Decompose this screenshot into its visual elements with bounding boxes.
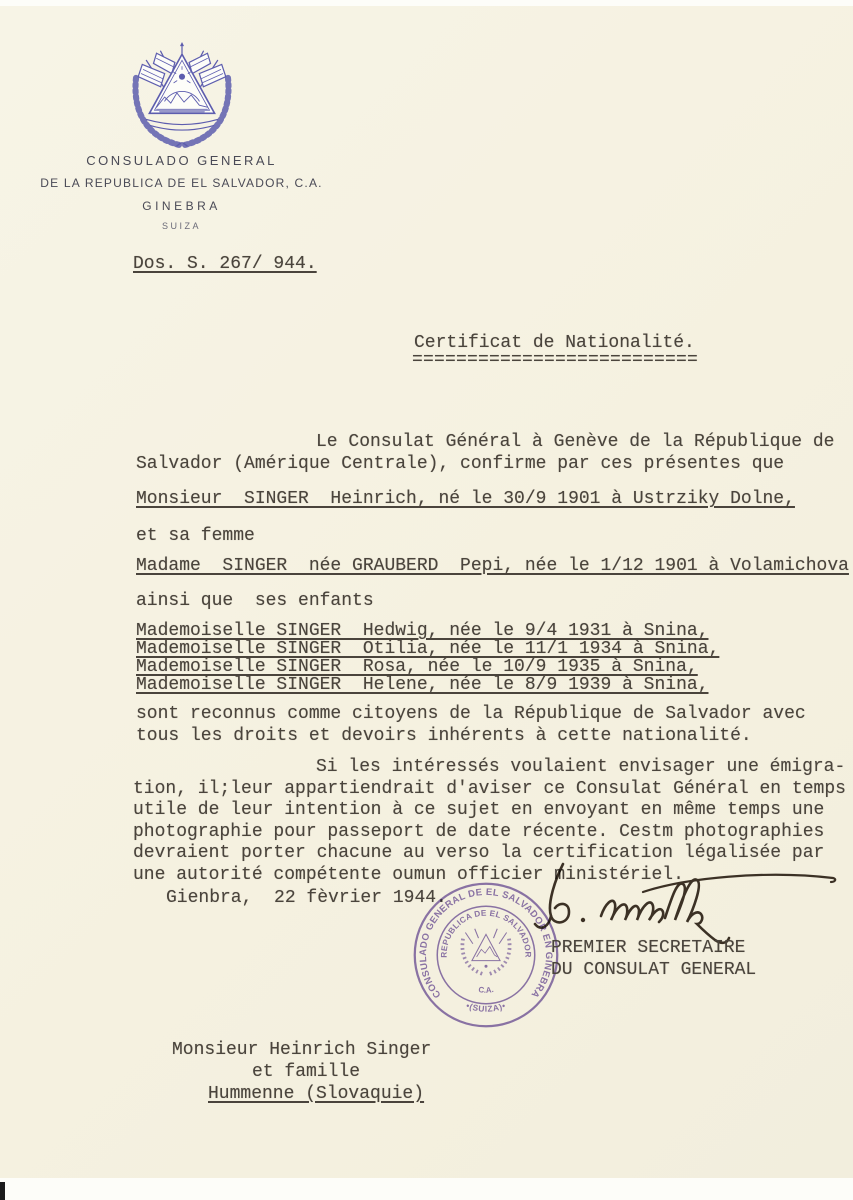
signer-title-line2: DU CONSULAT GENERAL (551, 960, 756, 982)
svg-text:C.A.: C.A. (478, 985, 495, 995)
dossier-number: Dos. S. 267/ 944. (133, 254, 317, 276)
paragraph3-line: photographie pour passeport de date réce… (133, 822, 824, 844)
stamp-inner-bottom-text: C.A. (478, 985, 495, 995)
paragraph3-line: Si les intéressés voulaient envisager un… (316, 757, 845, 779)
child-line: Mademoiselle SINGER Rosa, née le 10/9 19… (136, 658, 698, 676)
signature-g-mantello (525, 852, 845, 952)
recipient-name: Monsieur Heinrich Singer (172, 1040, 431, 1062)
child-line: Mademoiselle SINGER Helene, née le 8/9 1… (136, 676, 709, 694)
connector-children: ainsi que ses enfants (136, 591, 374, 613)
paragraph2-line1: sont reconnus comme citoyens de la Répub… (136, 704, 806, 726)
paragraph1-line2: Salvador (Amérique Centrale), confirme p… (136, 454, 784, 476)
paragraph1-line1: Le Consulat Général à Genève de la Répub… (316, 432, 834, 454)
svg-text:REPUBLICA DE EL SALVADOR: REPUBLICA DE EL SALVADOR (440, 909, 533, 958)
document-scan: CONSULADO GENERAL DE LA REPUBLICA DE EL … (0, 0, 853, 1200)
letterhead-line1: CONSULADO GENERAL (0, 153, 608, 168)
recipient-address: Hummenne (Slovaquie) (208, 1084, 424, 1106)
letterhead-line3: GINEBRA (0, 199, 608, 213)
dateline: Gienbra, 22 fèvrier 1944. (166, 888, 447, 910)
letterhead-line2: DE LA REPUBLICA DE EL SALVADOR, C.A. (0, 176, 608, 190)
paragraph3-line: tion, il;leur appartiendrait d'aviser ce… (133, 779, 846, 801)
paragraph3-line: utile de leur intention à ce sujet en en… (133, 800, 824, 822)
recipient-family: et famille (252, 1062, 360, 1084)
letterhead-line4: SUIZA (0, 221, 608, 231)
subject-husband: Monsieur SINGER Heinrich, né le 30/9 190… (136, 489, 795, 511)
signer-title-line1: PREMIER SECRETAIRE (551, 938, 745, 960)
el-salvador-coat-of-arms-icon (126, 40, 238, 152)
stamp-bottom-text: •(SUIZA)• (465, 1000, 507, 1013)
subject-wife: Madame SINGER née GRAUBERD Pepi, née le … (136, 556, 849, 578)
child-line: Mademoiselle SINGER Otilia, née le 11/1 … (136, 640, 719, 658)
paragraph2-line2: tous les droits et devoirs inhérents à c… (136, 726, 752, 748)
connector-wife: et sa femme (136, 526, 255, 548)
scan-corner-mark (0, 1182, 5, 1200)
svg-text:•(SUIZA)•: •(SUIZA)• (465, 1000, 507, 1013)
child-line: Mademoiselle SINGER Hedwig, née le 9/4 1… (136, 622, 709, 640)
title-rule: ========================== (412, 350, 698, 372)
stamp-inner-text: REPUBLICA DE EL SALVADOR (440, 909, 533, 958)
stamp-coat-of-arms-icon (462, 929, 509, 974)
